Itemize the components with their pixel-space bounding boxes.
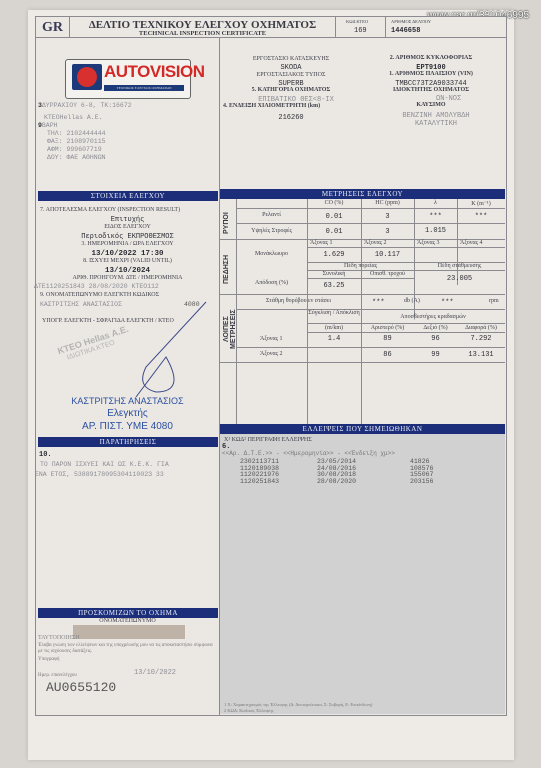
afm: ΑΦΜ: 999607719 — [47, 146, 102, 153]
measurements-title: ΜΕΤΡΗΣΕΙΣ ΕΛΕΓΧΟΥ — [220, 189, 505, 199]
convergence-unit: (m/km) — [307, 325, 361, 331]
emissions-group-label: ΡΥΠΟΙ — [223, 212, 230, 234]
defect-date: 28/08/2020 — [317, 478, 356, 485]
valid-until-label: 8. ΙΣΧΥΕΙ ΜΕΧΡΙ (VALID UNTIL) — [36, 258, 219, 264]
co-header: CO (%) — [307, 200, 361, 206]
idle-hc: 3 — [361, 213, 414, 221]
other-group-label: ΛΟΙΠΕΣ ΜΕΤΡΗΣΕΙΣ — [223, 299, 237, 359]
brake-axle-2: 10.117 — [361, 251, 414, 259]
axle-1-left: 89 — [361, 335, 414, 343]
inspection-type-label: ΕΙΔΟΣ ΕΛΕΓΧΟΥ — [36, 224, 219, 230]
area: 9ΒΑΡΗ — [38, 122, 58, 129]
sign-cert: ΑΡ. ΠΙΣΤ. ΥΜΕ 4080 — [36, 421, 219, 432]
lambda-header: λ — [414, 200, 457, 206]
kteo-code: 169 — [354, 27, 367, 35]
defect-dte: 1120251843 — [240, 478, 279, 485]
category-label: 5. ΚΑΤΗΓΟΡΙΑ ΟΧΗΜΑΤΟΣ — [231, 87, 351, 93]
previous-certificate: ΔΤΕ1120251843 28/08/2020 ΚΤΕΟ112 — [34, 283, 159, 290]
signature-scribble-icon — [96, 297, 216, 407]
axle-2-row-label: Άξονας 2 — [260, 351, 283, 357]
shock-right-header: Δεξιό (%) — [414, 325, 457, 331]
noise-rpm-unit: rpm — [489, 298, 499, 304]
brakes-group-label: ΠΕΔΗΣΗ — [223, 252, 230, 287]
car-logo-icon — [72, 64, 102, 90]
manufacturer-label: ΕΡΓΟΣΤΑΣΙΟ ΚΑΤΑΣΚΕΥΗΣ — [231, 56, 351, 62]
address: 3ΔΥΡΡΑΧΙΟΥ 6-8, ΤΚ:16672 — [38, 102, 132, 109]
high-hc: 3 — [361, 228, 414, 236]
inspection-section-title: ΣΤΟΙΧΕΙΑ ΕΛΕΓΧΟΥ — [38, 191, 218, 201]
defects-columns: <<Αρ. Δ.Τ.Ε.>> - <<Ημερομηνία>> - <<Ένδε… — [222, 450, 395, 457]
axle-1-convergence: 1.4 — [307, 335, 361, 343]
cert-number: 1446658 — [391, 27, 420, 35]
owner-label: ΙΔΙΟΚΤΗΤΗΣ ΟΧΗΜΑΤΟΣ — [366, 87, 496, 93]
axle-1-header: Άξονας 1 — [310, 240, 333, 246]
vin-label: 1. ΑΡΙΘΜΟΣ ΠΛΑΙΣΙΟΥ (VIN) — [366, 71, 496, 77]
shock-diff-header: Διαφορά (%) — [457, 325, 505, 331]
manufacturer: SKODA — [231, 64, 351, 72]
defect-km: 203156 — [410, 478, 433, 485]
defects-header: Χ¹ ΚΩΔ² ΠΕΡΙΓΡΑΦΗ ΕΛΛΕΙΨΗΣ — [224, 437, 312, 443]
shock-left-header: Αριστερό (%) — [361, 325, 414, 331]
axle-1-right: 96 — [414, 335, 457, 343]
redacted-name — [73, 625, 185, 639]
efficiency-label: Απόδοση (%) — [236, 280, 307, 286]
brake-axle-1: 1.629 — [307, 251, 361, 259]
axle-4-header: Άξονας 4 — [460, 240, 483, 246]
inspection-result: Επιτυχής — [36, 216, 219, 224]
previous-label: ΑΡΙΘ. ΠΡΟΗΓΟΥΜ. ΔΤΕ / ΗΜΕΡΟΜΗΝΙΑ — [36, 275, 219, 281]
footnote-2: 2 ΚΩΔ: Κωδικός Έλλειψης — [224, 708, 273, 713]
single-label: Μονάκλωυρο — [236, 251, 307, 257]
remarks-title: ΠΑΡΑΤΗΡΗΣΕΙΣ — [38, 437, 218, 447]
axle-1-diff: 7.292 — [457, 335, 505, 343]
noise-db: *** — [372, 299, 385, 307]
idle-co: 0.01 — [307, 213, 361, 221]
axle-2-diff: 13.131 — [457, 351, 505, 359]
fuel-line-2: ΚΑΤΑΛΥΤΙΚΗ — [366, 120, 506, 128]
footnote-1: 1 Χ: Χαρακτηρισμός της Έλλειψης (Δ: Δευτ… — [224, 702, 372, 707]
noise-label: Στάθμη θορύβου εν στάσει — [236, 298, 361, 304]
doy: ΔΟΥ: ΦΑΕ ΑΘΗΝΩΝ — [47, 154, 106, 161]
axle-2-right: 99 — [414, 351, 457, 359]
presenter-date: 13/10/2022 — [134, 669, 176, 677]
k-header: K (m⁻¹) — [457, 200, 505, 207]
presenter-signature-label: Υπογραφή — [38, 657, 59, 662]
inspection-date: 13/10/2022 17:30 — [36, 250, 219, 258]
remarks-num: 10. — [39, 451, 52, 459]
hc-header: HC (ppm) — [361, 200, 414, 206]
high-co: 0.01 — [307, 228, 361, 236]
axle-1-row-label: Άξονας 1 — [260, 336, 283, 342]
declaration: Έλαβα γνώση των ελλείψεων και της υποχρέ… — [38, 643, 218, 655]
kteo-code-label: ΚΩΔ ΚΤΕΟ — [346, 19, 368, 24]
idle-label: Ρελαντί — [236, 212, 307, 218]
company: ΚΤΕΟHellas Α.Ε. — [44, 114, 103, 121]
id-label: ΤΑΥΤΟΠΟΙΗΣΗ — [38, 635, 80, 641]
result-label: 7. ΑΠΟΤΕΛΕΣΜΑ ΕΛΕΓΧΟΥ (INSPECTION RESULT… — [40, 207, 180, 213]
fuel-line-1: ΒΕΝΖΙΝΗ ΑΜΟΛΥΒΔΗ — [366, 112, 506, 120]
idle-k: *** — [457, 213, 505, 221]
fuel-label: ΚΑΥΣΙΜΟ — [366, 102, 496, 108]
axle-3-header: Άξονας 3 — [417, 240, 440, 246]
model-label: ΕΡΓΟΣΤΑΣΙΑΚΟΣ ΤΥΠΟΣ — [231, 72, 351, 78]
presenter-date-label: Ημερ. επανελέγχου — [38, 673, 77, 678]
cert-number-label: ΑΡΙΘΜΟΣ ΔΕΛΤΙΟΥ — [391, 19, 431, 24]
brake-total: 63.25 — [307, 282, 361, 290]
inspection-date-label: 3. ΗΜΕΡΟΜΗΝΙΑ / ΩΡΑ ΕΛΕΓΧΟΥ — [36, 241, 219, 247]
odometer: 216260 — [231, 114, 351, 122]
presenter-title: ΠΡΟΣΚΟΜΙΖΩΝ ΤΟ ΟΧΗΜΑ — [38, 608, 218, 618]
convergence-label: Σύγκλιση / Απόκλιση — [307, 310, 361, 317]
noise-db-unit: db (A) — [404, 298, 420, 304]
sign-role: Ελεγκτής — [36, 408, 219, 419]
parking-brake-label: Πέδη στάθμευσης — [414, 263, 505, 269]
high-rpm-label: Υψηλές Στροφές — [236, 228, 307, 234]
inspection-type: Περιοδικός ΕΚΠΡΟΘΕΣΜΟΣ — [36, 233, 219, 241]
noise-rpm: *** — [441, 299, 454, 307]
logo-subtitle: ΤΕΧΝΙΚΟΣ ΕΛΕΓΧΟΣ ΟΧΗΜΑΤΩΝ — [104, 85, 184, 91]
logo-text: AUTOVISION — [104, 62, 204, 82]
serial-number: AU0655120 — [46, 680, 116, 695]
axle-2-left: 86 — [361, 351, 414, 359]
total-label: Συνολική — [307, 271, 361, 277]
phone: ΤΗΛ: 2102444444 — [47, 130, 106, 137]
autovision-logo: AUTOVISION ΤΕΧΝΙΚΟΣ ΕΛΕΓΧΟΣ ΟΧΗΜΑΤΩΝ — [65, 59, 191, 99]
country-code: GR — [42, 20, 63, 36]
idle-lambda: *** — [414, 213, 457, 221]
axle-2-header: Άξονας 2 — [364, 240, 387, 246]
remarks-line-1: ΤΟ ΠΑΡΟΝ ΙΣΧΥΕΙ ΚΑΙ ΩΣ Κ.Ε.Κ. ΓΙΑ — [40, 461, 169, 468]
rear-label: Οπισθ. τροχού — [361, 271, 414, 277]
fax: ΦΑΞ: 2108970115 — [47, 138, 106, 145]
service-brake-label: Πέδη πορείας — [307, 263, 414, 269]
plate-label: 2. ΑΡΙΘΜΟΣ ΚΥΚΛΟΦΟΡΙΑΣ — [366, 55, 496, 61]
defects-title: ΕΛΛΕΙΨΕΙΣ ΠΟΥ ΣΗΜΕΙΩΘΗΚΑΝ — [220, 424, 505, 434]
valid-until: 13/10/2024 — [36, 267, 219, 275]
title-english: TECHNICAL INSPECTION CERTIFICATE — [70, 30, 335, 37]
sign-name: ΚΑΣΤΡΙΤΣΗΣ ΑΝΑΣΤΑΣΙΟΣ — [36, 396, 219, 406]
shock-label: Αποσβεστήρες κραδασμών — [361, 314, 505, 320]
brake-parking: 23.005 — [414, 275, 505, 283]
high-lambda: 1.015 — [414, 227, 457, 235]
remarks-line-2: ΕΝΑ ΕΤΟΣ, 5388917809530411002З 33 — [35, 471, 164, 478]
certificate-frame: GR ΔΕΛΤΙΟ ΤΕΧΝΙΚΟΥ ΕΛΕΓΧΟΥ ΟΧΗΜΑΤΟΣ TECH… — [35, 16, 507, 716]
presenter-name-label: ΟΝΟΜΑΤΕΠΩΝΥΜΟ — [36, 618, 219, 624]
odometer-label: 4. ΕΝΔΕΙΞΗ ΧΙΛΙΟΜΕΤΡΗΤΗ (km) — [223, 103, 320, 109]
